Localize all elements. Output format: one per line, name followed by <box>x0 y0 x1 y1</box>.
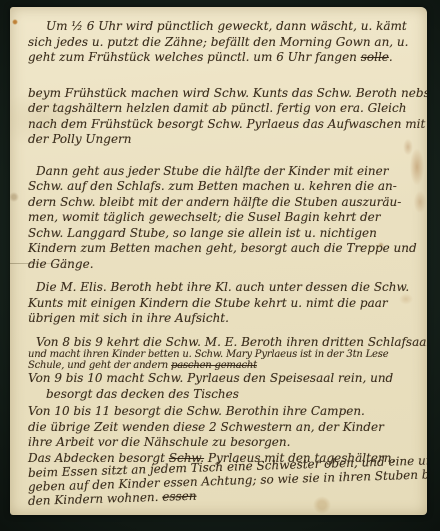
scanned-document: { "scan": { "mat_color": "#15201a", "pap… <box>0 0 440 531</box>
manuscript-page: Um ½ 6 Uhr wird pünctlich geweckt, dann … <box>10 7 427 515</box>
handwritten-line: der Polly Ungern <box>28 132 417 148</box>
struck-word: solle <box>361 50 389 64</box>
handwritten-text: der Polly Ungern <box>28 132 132 146</box>
handwritten-text: die übrige Zeit wenden diese 2 Schwester… <box>28 420 384 434</box>
paragraph: Dann geht aus jeder Stube die hälfte der… <box>28 164 417 273</box>
handwritten-text: und macht ihren Kinder betten u. Schw. M… <box>28 349 388 360</box>
handwritten-line: Schw. Langgard Stube, so lange sie allei… <box>28 226 417 242</box>
paragraph: beym Frühstück machen wird Schw. Kunts d… <box>28 86 417 148</box>
handwritten-text: Schw. auf den Schlafs. zum Betten machen… <box>28 179 397 193</box>
handwritten-text: Kunts mit einigen Kindern die Stube kehr… <box>28 296 388 310</box>
struck-word: essen <box>162 489 197 504</box>
handwritten-line: sich jedes u. putzt die Zähne; befällt d… <box>28 35 417 51</box>
handwritten-line: die übrige Zeit wenden diese 2 Schwester… <box>28 420 417 436</box>
handwritten-line: die Gänge. <box>28 257 417 273</box>
struck-word: paschen gemacht <box>171 360 257 371</box>
handwritten-line: Von 8 bis 9 kehrt die Schw. M. E. Beroth… <box>36 335 417 351</box>
handwritten-line: Schw. auf den Schlafs. zum Betten machen… <box>28 179 417 195</box>
handwritten-line: Von 10 bis 11 besorgt die Schw. Berothin… <box>28 404 417 420</box>
handwritten-line: Um ½ 6 Uhr wird pünctlich geweckt, dann … <box>46 19 417 35</box>
handwritten-text: die Gänge. <box>28 257 94 271</box>
handwritten-text: dern Schw. bleibt mit der andern hälfte … <box>28 195 401 209</box>
handwritten-text: Von 9 bis 10 macht Schw. Pyrlaeus den Sp… <box>28 371 393 385</box>
handwritten-line: geht zum Frühstück welches pünctl. um 6 … <box>28 50 417 66</box>
paragraph: Von 8 bis 9 kehrt die Schw. M. E. Beroth… <box>28 335 417 403</box>
handwritten-text: besorgt das decken des Tisches <box>46 387 239 401</box>
paragraph: Die M. Elis. Beroth hebt ihre Kl. auch u… <box>28 280 417 327</box>
paragraph: Von 10 bis 11 besorgt die Schw. Berothin… <box>28 404 417 508</box>
handwritten-line: nach dem Frühstück besorgt Schw. Pyrlaeu… <box>28 117 417 133</box>
handwritten-line: ihre Arbeit vor die Nähschule zu besorge… <box>28 435 417 451</box>
handwritten-text: den Kindern wohnen. <box>28 490 163 508</box>
handwritten-line: übrigen mit sich in ihre Aufsicht. <box>28 311 417 327</box>
handwritten-text: sich jedes u. putzt die Zähne; befällt d… <box>28 35 408 49</box>
handwritten-line: Kunts mit einigen Kindern die Stube kehr… <box>28 296 417 312</box>
handwritten-text: Kindern zum Betten machen geht, besorgt … <box>28 241 417 255</box>
handwritten-text: Von 10 bis 11 besorgt die Schw. Berothin… <box>28 404 365 418</box>
handwritten-text: Von 8 bis 9 kehrt die Schw. M. E. Beroth… <box>36 335 427 349</box>
handwritten-text: Dann geht aus jeder Stube die hälfte der… <box>36 164 388 178</box>
manuscript-text: Um ½ 6 Uhr wird pünctlich geweckt, dann … <box>28 19 417 508</box>
handwritten-line: Kindern zum Betten machen geht, besorgt … <box>28 241 417 257</box>
handwritten-text: Die M. Elis. Beroth hebt ihre Kl. auch u… <box>36 280 409 294</box>
handwritten-text: Schule, und geht der andern <box>28 360 171 371</box>
handwritten-line: dern Schw. bleibt mit der andern hälfte … <box>28 195 417 211</box>
handwritten-text: der tagshältern helzlen damit ab pünctl.… <box>28 101 406 115</box>
handwritten-text: übrigen mit sich in ihre Aufsicht. <box>28 311 229 325</box>
handwritten-text: Schw. Langgard Stube, so lange sie allei… <box>28 226 377 240</box>
handwritten-text: Um ½ 6 Uhr wird pünctlich geweckt, dann … <box>46 19 407 33</box>
handwritten-line: Von 9 bis 10 macht Schw. Pyrlaeus den Sp… <box>28 371 417 387</box>
handwritten-text: ihre Arbeit vor die Nähschule zu besorge… <box>28 435 290 449</box>
handwritten-line: Schule, und geht der andern paschen gema… <box>28 361 417 372</box>
handwritten-line: men, womit täglich gewechselt; die Susel… <box>28 210 417 226</box>
handwritten-line: Die M. Elis. Beroth hebt ihre Kl. auch u… <box>36 280 417 296</box>
handwritten-text: men, womit täglich gewechselt; die Susel… <box>28 210 381 224</box>
handwritten-line: Dann geht aus jeder Stube die hälfte der… <box>36 164 417 180</box>
handwritten-text: geht zum Frühstück welches pünctl. um 6 … <box>28 50 361 64</box>
paragraph: Um ½ 6 Uhr wird pünctlich geweckt, dann … <box>28 19 417 66</box>
handwritten-text: beym Frühstück machen wird Schw. Kunts d… <box>28 86 427 100</box>
handwritten-line: beym Frühstück machen wird Schw. Kunts d… <box>28 86 417 102</box>
handwritten-text: nach dem Frühstück besorgt Schw. Pyrlaeu… <box>28 117 425 131</box>
handwritten-line: besorgt das decken des Tisches <box>46 387 417 403</box>
handwritten-line: der tagshältern helzlen damit ab pünctl.… <box>28 101 417 117</box>
handwritten-text: . <box>389 50 393 64</box>
